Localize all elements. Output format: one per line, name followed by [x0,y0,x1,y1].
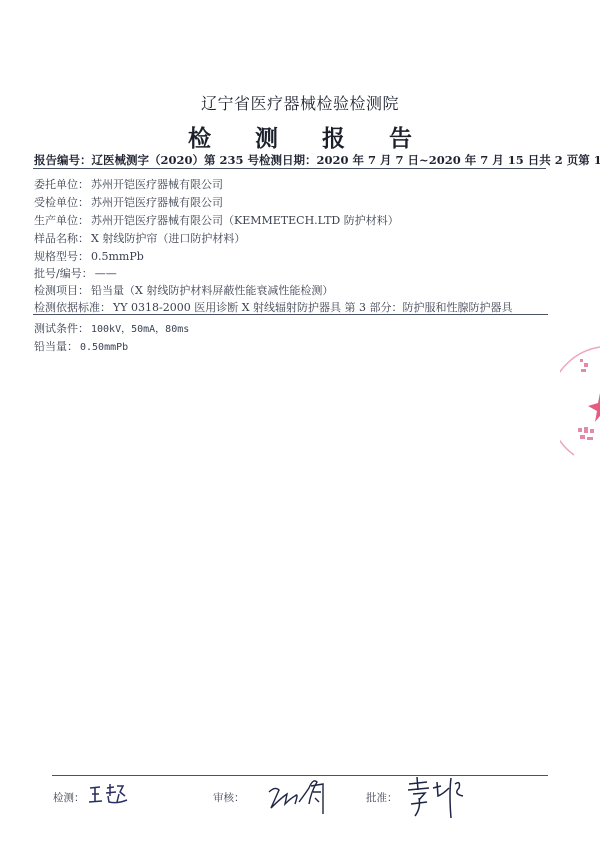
total-pages: 共 2 页 [539,152,578,168]
field-value: 苏州开铠医疗器械有限公司（KEMMETECH.LTD 防护材料） [91,214,399,227]
tester-label: 检测： [53,790,85,805]
field-value: 苏州开铠医疗器械有限公司 [91,196,223,209]
header-divider [33,168,546,169]
field-test-standard: 检测依据标准：YY 0318-2000 医用诊断 X 射线辐射防护器具 第 3 … [34,299,513,315]
page-number: 第 1 页 [578,152,600,168]
field-label: 生产单位： [34,214,89,227]
result-label: 测试条件： [34,322,89,335]
field-label: 委托单位： [34,178,89,191]
result-value: 100kV，50mA，80ms [91,324,189,335]
field-client: 委托单位：苏州开铠医疗器械有限公司 [34,176,223,192]
field-sample-name: 样品名称：X 射线防护帘（进口防护材料） [34,230,245,246]
result-label: 铅当量： [34,340,78,353]
field-value: 0.5mmPb [91,250,144,263]
test-date-label: 检测日期： [259,153,317,167]
field-value: —— [95,267,117,280]
field-label: 检测项目： [34,284,89,297]
field-value: 苏州开铠医疗器械有限公司 [91,178,223,191]
field-model-spec: 规格型号：0.5mmPb [34,248,144,264]
standard-divider [33,314,548,315]
field-batch-number: 批号/编号：—— [34,265,117,281]
signature-footer: 检测： 审核： 批准： [53,786,553,826]
approver-signature-icon [405,774,475,820]
official-stamp-icon [560,345,600,465]
result-value: 0.50mmPb [80,342,128,353]
reviewer-signature-icon [265,774,345,818]
approver-label: 批准： [366,790,398,805]
report-header-row: 报告编号：辽医械测字（2020）第 235 号 检测日期：2020 年 7 月 … [34,152,546,168]
field-value: YY 0318-2000 医用诊断 X 射线辐射防护器具 第 3 部分：防护服和… [113,301,513,314]
result-test-conditions: 测试条件：100kV，50mA，80ms [34,320,189,336]
field-label: 规格型号： [34,250,89,263]
field-value: X 射线防护帘（进口防护材料） [91,232,245,245]
test-date: 检测日期：2020 年 7 月 7 日~2020 年 7 月 15 日 [259,152,539,168]
field-label: 样品名称： [34,232,89,245]
field-value: 铅当量（X 射线防护材料屏蔽性能衰减性能检测） [91,284,333,297]
report-number-label: 报告编号： [34,153,92,167]
field-test-item: 检测项目：铅当量（X 射线防护材料屏蔽性能衰减性能检测） [34,282,333,298]
organization-name: 辽宁省医疗器械检验检测院 [0,91,600,114]
report-number-value: 辽医械测字（2020）第 235 号 [92,153,260,167]
tester-signature-icon [87,782,131,808]
field-label: 检测依据标准： [34,301,111,314]
report-title: 检 测 报 告 [0,120,600,153]
result-lead-equivalent: 铅当量：0.50mmPb [34,338,128,354]
reviewer-label: 审核： [213,790,245,805]
field-manufacturer: 生产单位：苏州开铠医疗器械有限公司（KEMMETECH.LTD 防护材料） [34,212,399,228]
field-inspected-unit: 受检单位：苏州开铠医疗器械有限公司 [34,194,223,210]
report-number: 报告编号：辽医械测字（2020）第 235 号 [34,152,259,168]
field-label: 受检单位： [34,196,89,209]
test-date-value: 2020 年 7 月 7 日~2020 年 7 月 15 日 [317,153,540,167]
field-label: 批号/编号： [34,267,93,280]
